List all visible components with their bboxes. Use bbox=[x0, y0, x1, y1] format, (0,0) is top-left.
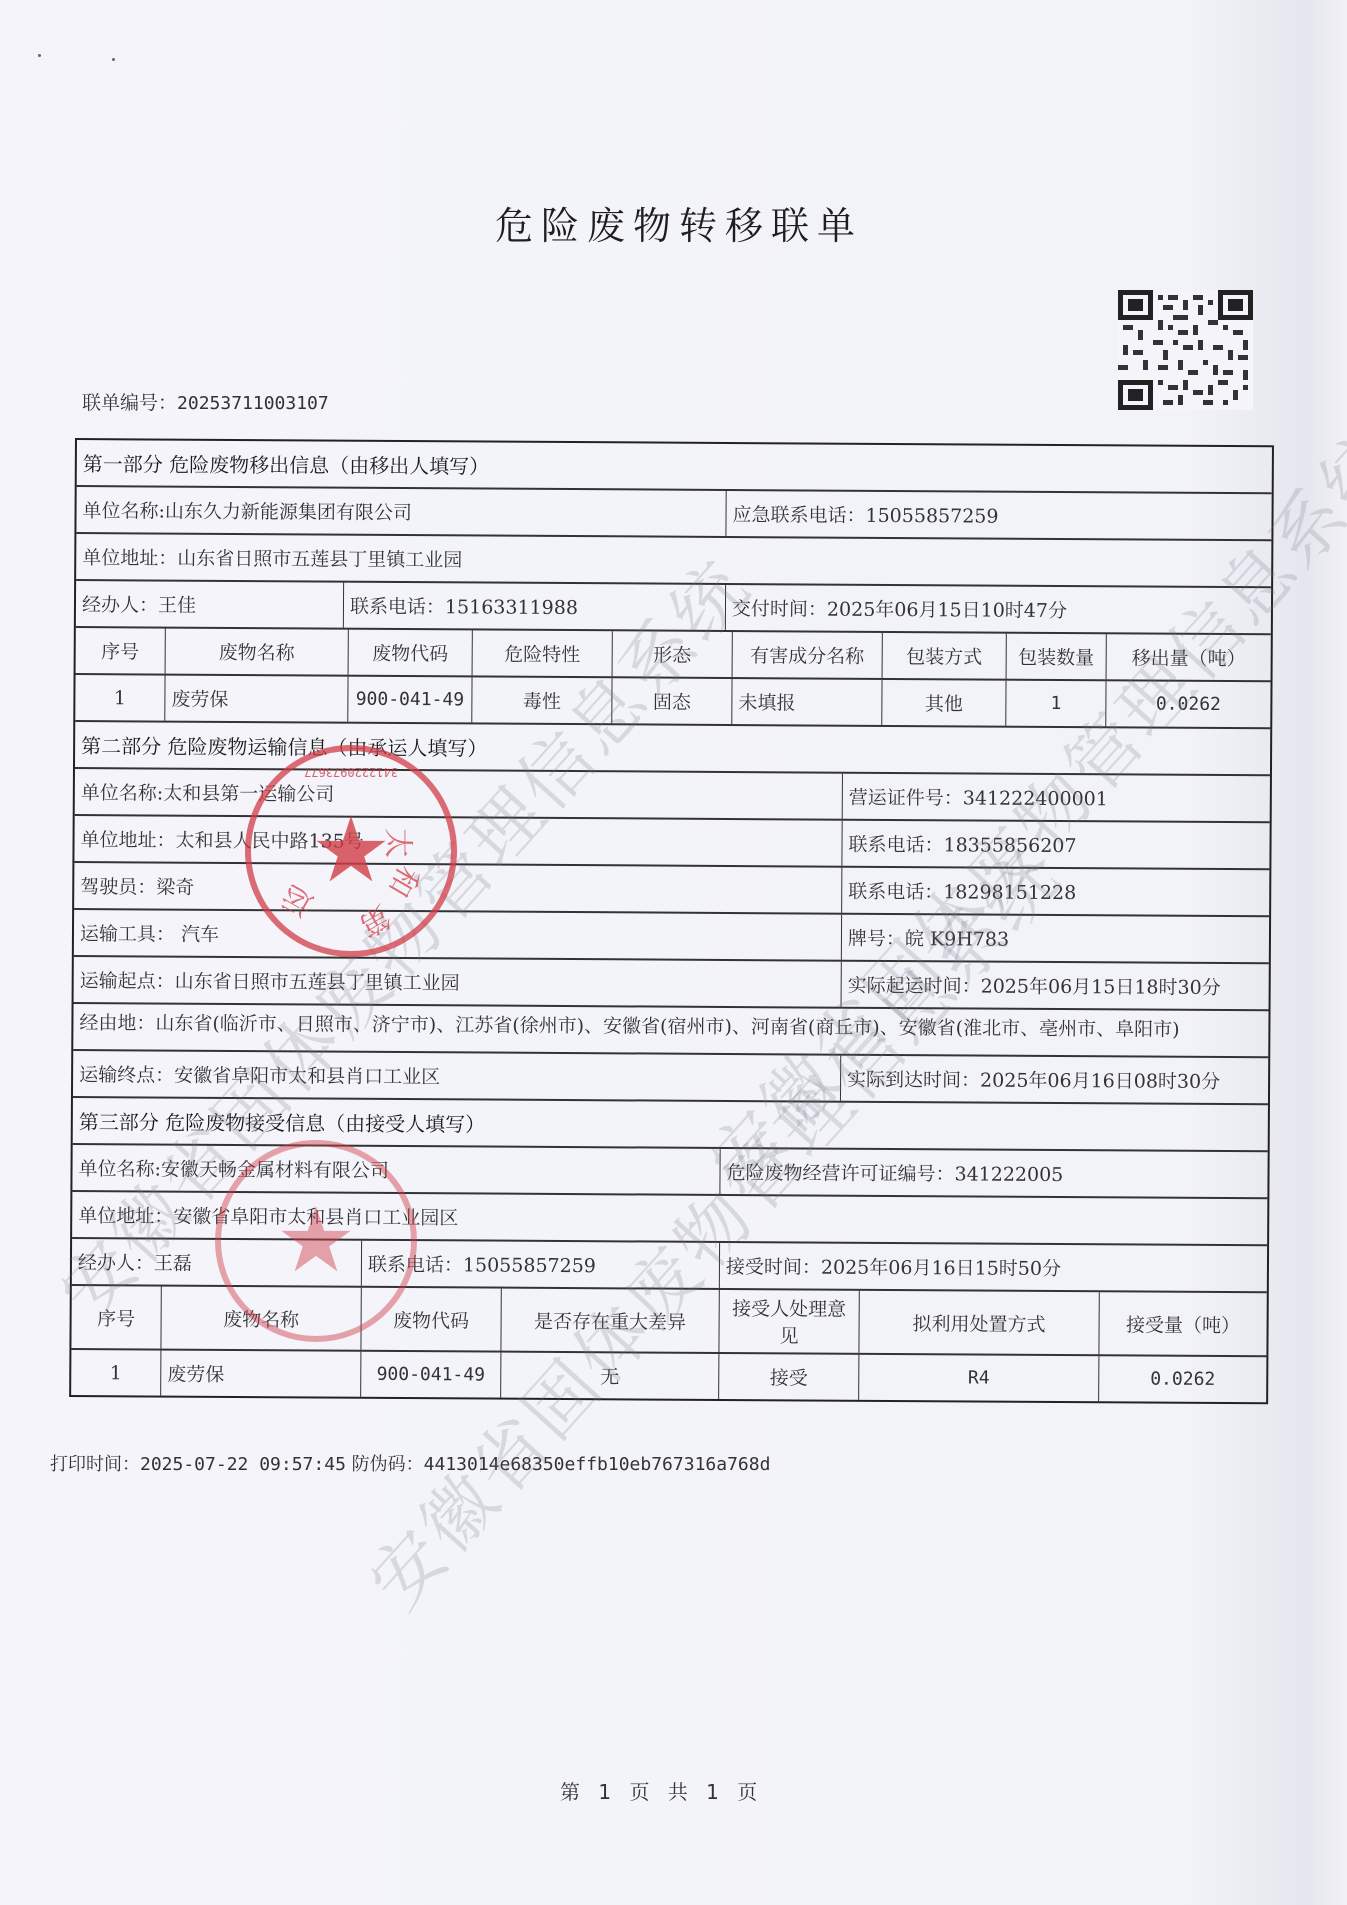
part1-table-row: 1废劳保900-041-49毒性固态未填报其他10.0262 bbox=[75, 675, 1270, 729]
document-title: 危险废物转移联单 bbox=[495, 195, 863, 250]
part3-header-receiver-opinion: 接受人处理意见 bbox=[719, 1290, 859, 1353]
part2-contact-phone-1: 联系电话：18355856207 bbox=[842, 821, 1269, 869]
part1-emergency-phone: 应急联系电话：15055857259 bbox=[726, 491, 1271, 539]
part2-arrival-time: 实际到达时间：2025年06月16日08时30分 bbox=[841, 1056, 1268, 1104]
part2-heading: 第二部分 危险废物运输信息（由承运人填写） bbox=[75, 722, 1270, 774]
part3-header-received-quantity: 接受量（吨） bbox=[1099, 1292, 1266, 1355]
part1-handler: 经办人：王佳 bbox=[76, 581, 344, 628]
part3-header-seq: 序号 bbox=[71, 1286, 161, 1349]
manifest-form: 第一部分 危险废物移出信息（由移出人填写） 单位名称:山东久力新能源集团有限公司… bbox=[69, 438, 1274, 1404]
serial-number: 20253711003107 bbox=[177, 393, 329, 414]
anti-fake-label: 防伪码： bbox=[352, 1454, 424, 1475]
part3-cell-received-quantity: 0.0262 bbox=[1099, 1356, 1266, 1402]
part2-driver: 驾驶员：梁奇 bbox=[74, 863, 842, 913]
part1-heading-row: 第一部分 危险废物移出信息（由移出人填写） bbox=[77, 440, 1272, 494]
part2-driver-row: 驾驶员：梁奇 联系电话：18298151228 bbox=[74, 863, 1269, 917]
print-time-label: 打印时间： bbox=[50, 1454, 140, 1475]
part3-receive-time: 接受时间：2025年06月16日15时50分 bbox=[720, 1243, 1267, 1291]
part1-contact-row: 经办人：王佳 联系电话：15163311988 交付时间：2025年06月15日… bbox=[76, 581, 1271, 635]
part1-unit-address: 单位地址：山东省日照市五莲县丁里镇工业园 bbox=[76, 534, 1271, 586]
part1-header-hazard: 危险特性 bbox=[473, 630, 613, 676]
print-time: 2025-07-22 09:57:45 bbox=[140, 1454, 346, 1475]
part1-header-package-count: 包装数量 bbox=[1007, 634, 1107, 680]
part3-header-major-difference: 是否存在重大差异 bbox=[501, 1289, 719, 1352]
part2-unit-address: 单位地址：太和县人民中路135号 bbox=[74, 816, 842, 866]
part3-unit-name: 单位名称:安徽天畅金属材料有限公司 bbox=[72, 1145, 720, 1194]
scan-speck bbox=[112, 58, 115, 61]
part2-vehicle-row: 运输工具： 汽车 牌号：皖 K9H783 bbox=[74, 910, 1269, 964]
part2-license-no: 营运证件号：341222400001 bbox=[843, 774, 1270, 822]
part2-origin-row: 运输起点：山东省日照市五莲县丁里镇工业园 实际起运时间：2025年06月15日1… bbox=[74, 957, 1269, 1011]
part1-delivery-time: 交付时间：2025年06月15日10时47分 bbox=[726, 585, 1271, 633]
serial-label: 联单编号： bbox=[82, 392, 177, 414]
part1-cell-package-type: 其他 bbox=[882, 680, 1006, 726]
part1-header-seq: 序号 bbox=[76, 628, 166, 674]
qr-code-icon bbox=[1118, 290, 1253, 410]
part3-table-header: 序号废物名称废物代码是否存在重大差异接受人处理意见拟利用处置方式接受量（吨） bbox=[71, 1286, 1266, 1357]
part2-plate: 牌号：皖 K9H783 bbox=[842, 915, 1269, 963]
part1-heading: 第一部分 危险废物移出信息（由移出人填写） bbox=[77, 440, 1272, 492]
part1-unit-name: 单位名称:山东久力新能源集团有限公司 bbox=[76, 487, 726, 536]
part1-table-header: 序号废物名称废物代码危险特性形态有害成分名称包装方式包装数量移出量（吨） bbox=[76, 628, 1271, 682]
manifest-serial: 联单编号：20253711003107 bbox=[82, 388, 329, 415]
part3-contact-phone: 联系电话：15055857259 bbox=[362, 1241, 720, 1288]
scan-speck bbox=[38, 54, 41, 57]
part1-unit-row: 单位名称:山东久力新能源集团有限公司 应急联系电话：15055857259 bbox=[76, 487, 1271, 541]
part1-cell-harmful-component: 未填报 bbox=[732, 679, 882, 725]
page-indicator: 第 1 页 共 1 页 bbox=[560, 1776, 763, 1805]
part2-route-row: 经由地：山东省(临沂市、日照市、济宁市)、江苏省(徐州市)、安徽省(宿州市)、河… bbox=[73, 1004, 1268, 1058]
part1-contact-phone: 联系电话：15163311988 bbox=[344, 583, 726, 630]
part1-cell-waste-code: 900-041-49 bbox=[348, 677, 472, 723]
part1-header-out-quantity: 移出量（吨） bbox=[1107, 634, 1271, 680]
part3-header-waste-name: 废物名称 bbox=[161, 1287, 361, 1350]
anti-fake-code: 4413014e68350effb10eb767316a768d bbox=[424, 1454, 771, 1475]
part3-table-row: 1废劳保900-041-49无接受R40.0262 bbox=[71, 1350, 1266, 1402]
part2-address-row: 单位地址：太和县人民中路135号 联系电话：18355856207 bbox=[74, 816, 1269, 870]
part3-cell-receiver-opinion: 接受 bbox=[719, 1354, 859, 1400]
part3-permit-no: 危险废物经营许可证编号：341222005 bbox=[720, 1149, 1267, 1197]
part2-vehicle: 运输工具： 汽车 bbox=[74, 910, 842, 960]
part2-unit-name: 单位名称:太和县第一运输公司 bbox=[75, 769, 843, 819]
part3-cell-major-difference: 无 bbox=[501, 1353, 719, 1399]
part1-cell-form: 固态 bbox=[612, 678, 732, 724]
part3-header-disposal-method: 拟利用处置方式 bbox=[859, 1291, 1099, 1354]
part1-header-package-type: 包装方式 bbox=[883, 633, 1007, 679]
part3-heading: 第三部分 危险废物接受信息（由接受人填写） bbox=[73, 1098, 1268, 1150]
part2-unit-row: 单位名称:太和县第一运输公司 营运证件号：341222400001 bbox=[75, 769, 1270, 823]
part3-contact-row: 经办人：王磊 联系电话：15055857259 接受时间：2025年06月16日… bbox=[72, 1239, 1267, 1293]
part3-cell-disposal-method: R4 bbox=[859, 1355, 1099, 1401]
part3-cell-waste-name: 废劳保 bbox=[161, 1351, 361, 1397]
part3-unit-row: 单位名称:安徽天畅金属材料有限公司 危险废物经营许可证编号：341222005 bbox=[72, 1145, 1267, 1199]
part3-handler: 经办人：王磊 bbox=[72, 1239, 362, 1286]
part2-departure-time: 实际起运时间：2025年06月15日18时30分 bbox=[842, 962, 1269, 1010]
part3-address-row: 单位地址：安徽省阜阳市太和县肖口工业园区 bbox=[72, 1192, 1267, 1246]
part2-destination: 运输终点：安徽省阜阳市太和县肖口工业区 bbox=[73, 1051, 841, 1101]
part1-cell-waste-name: 废劳保 bbox=[165, 676, 348, 722]
part1-cell-seq: 1 bbox=[75, 675, 165, 721]
part1-header-form: 形态 bbox=[613, 631, 733, 677]
document-page: 危险废物转移联单 联单编号：20253711003107 第一部分 bbox=[0, 0, 1347, 1905]
print-info: 打印时间：2025-07-22 09:57:45 防伪码：4413014e683… bbox=[50, 1450, 770, 1476]
part3-header-waste-code: 废物代码 bbox=[361, 1288, 501, 1351]
part2-destination-row: 运输终点：安徽省阜阳市太和县肖口工业区 实际到达时间：2025年06月16日08… bbox=[73, 1051, 1268, 1105]
part3-unit-address: 单位地址：安徽省阜阳市太和县肖口工业园区 bbox=[72, 1192, 1267, 1244]
part1-address-row: 单位地址：山东省日照市五莲县丁里镇工业园 bbox=[76, 534, 1271, 588]
part1-header-waste-code: 废物代码 bbox=[349, 630, 473, 676]
part3-heading-row: 第三部分 危险废物接受信息（由接受人填写） bbox=[73, 1098, 1268, 1152]
part2-contact-phone-2: 联系电话：18298151228 bbox=[842, 868, 1269, 916]
part1-header-harmful-component: 有害成分名称 bbox=[733, 632, 883, 678]
part1-cell-out-quantity: 0.0262 bbox=[1106, 681, 1270, 727]
part3-cell-seq: 1 bbox=[71, 1350, 161, 1396]
part1-cell-package-count: 1 bbox=[1006, 681, 1106, 727]
part2-route: 经由地：山东省(临沂市、日照市、济宁市)、江苏省(徐州市)、安徽省(宿州市)、河… bbox=[73, 1004, 1268, 1056]
part3-cell-waste-code: 900-041-49 bbox=[361, 1352, 501, 1398]
part1-cell-hazard: 毒性 bbox=[472, 677, 612, 723]
part2-heading-row: 第二部分 危险废物运输信息（由承运人填写） bbox=[75, 722, 1270, 776]
part2-origin: 运输起点：山东省日照市五莲县丁里镇工业园 bbox=[74, 957, 842, 1007]
part1-header-waste-name: 废物名称 bbox=[166, 629, 349, 675]
